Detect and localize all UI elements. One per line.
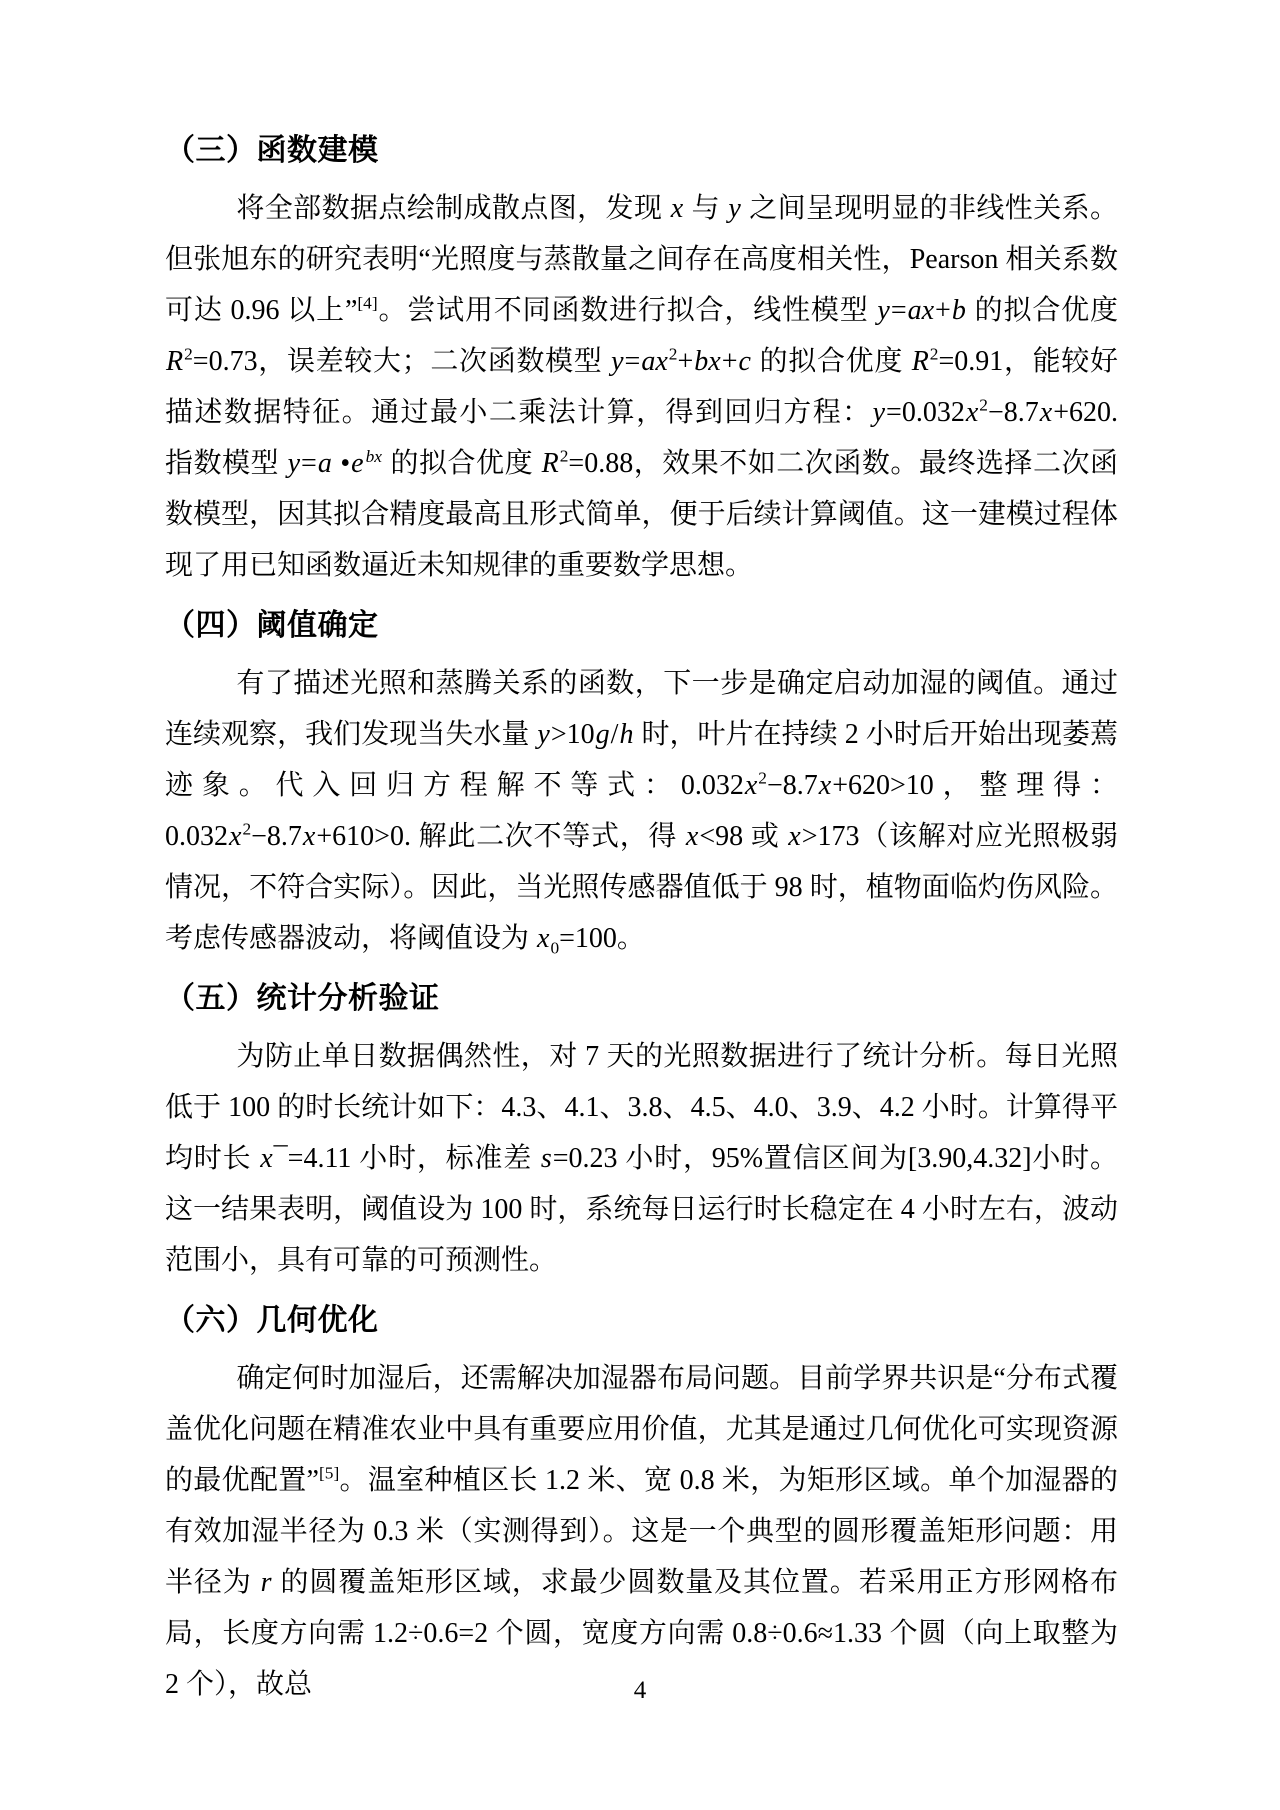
section-heading: （三）函数建模: [165, 125, 1118, 177]
paragraph: 有了描述光照和蒸腾关系的函数，下一步是确定启动加湿的阈值。通过连续观察，我们发现…: [165, 658, 1118, 964]
section-heading: （六）几何优化: [165, 1295, 1118, 1347]
paragraph: 为防止单日数据偶然性，对 7 天的光照数据进行了统计分析。每日光照低于 100 …: [165, 1031, 1118, 1286]
page-footer: 4: [0, 1676, 1280, 1706]
footer-page-number: 4: [634, 1677, 647, 1704]
section-heading: （四）阈值确定: [165, 600, 1118, 652]
paragraph: 确定何时加湿后，还需解决加湿器布局问题。目前学界共识是“分布式覆盖优化问题在精准…: [165, 1353, 1118, 1710]
paragraph: 将全部数据点绘制成散点图，发现 x 与 y 之间呈现明显的非线性关系。但张旭东的…: [165, 183, 1118, 591]
document-body: （三）函数建模将全部数据点绘制成散点图，发现 x 与 y 之间呈现明显的非线性关…: [165, 125, 1118, 1710]
section-heading: （五）统计分析验证: [165, 973, 1118, 1025]
document-page: （三）函数建模将全部数据点绘制成散点图，发现 x 与 y 之间呈现明显的非线性关…: [0, 0, 1280, 1810]
